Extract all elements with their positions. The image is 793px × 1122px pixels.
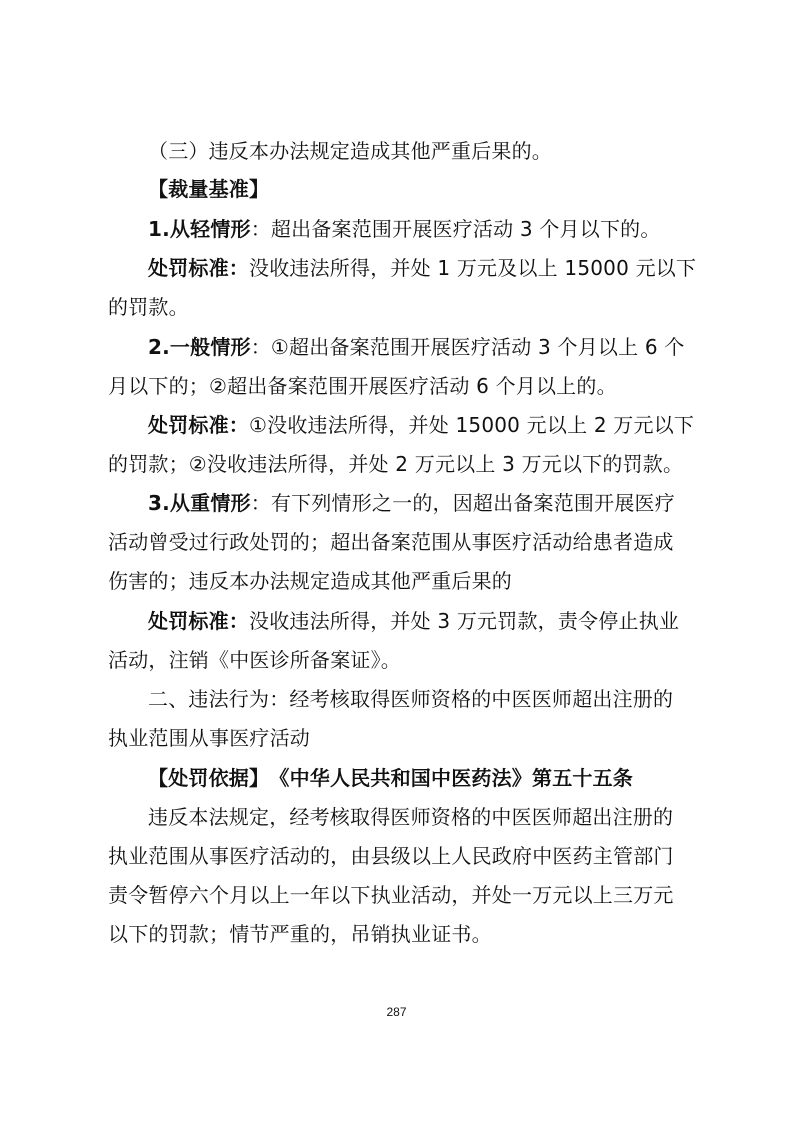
paragraph-line: 责令暂停六个月以上一年以下执业活动，并处一万元以上三万元	[108, 883, 674, 907]
paragraph-line: 的罚款。	[108, 295, 189, 319]
paragraph-line: 活动曾受过行政处罚的；超出备案范围从事医疗活动给患者造成	[108, 530, 674, 554]
paragraph-line: 2.一般情形：①超出备案范围开展医疗活动 3 个月以上 6 个	[148, 335, 685, 359]
page-number: 287	[0, 1005, 793, 1019]
paragraph-line: 执业范围从事医疗活动	[108, 726, 310, 750]
paragraph-line: 执业范围从事医疗活动的，由县级以上人民政府中医药主管部门	[108, 844, 674, 868]
paragraph-line: 月以下的；②超出备案范围开展医疗活动 6 个月以上的。	[108, 374, 617, 398]
paragraph-line: 的罚款；②没收违法所得，并处 2 万元以上 3 万元以下的罚款。	[108, 452, 683, 476]
paragraph-line: （三）违反本办法规定造成其他严重后果的。	[148, 139, 552, 163]
paragraph-line: 3.从重情形：有下列情形之一的，因超出备案范围开展医疗	[148, 491, 675, 515]
paragraph-line: 伤害的；违反本办法规定造成其他严重后果的	[108, 569, 512, 593]
paragraph-line: 违反本法规定，经考核取得医师资格的中医医师超出注册的	[148, 805, 673, 829]
paragraph-line: 1.从轻情形：超出备案范围开展医疗活动 3 个月以下的。	[148, 217, 661, 241]
legal-basis-heading: 【处罚依据】 《中华人民共和国中医药法》第五十五条	[148, 766, 633, 790]
paragraph-line: 以下的罚款；情节严重的，吊销执业证书。	[108, 922, 492, 946]
paragraph-line: 处罚标准：没收违法所得，并处 1 万元及以上 15000 元以下	[148, 256, 696, 280]
paragraph-line: 处罚标准：①没收违法所得，并处 15000 元以上 2 万元以下	[148, 413, 694, 437]
paragraph-line: 处罚标准：没收违法所得，并处 3 万元罚款，责令停止执业	[148, 609, 679, 633]
section-heading: 【裁量基准】	[148, 177, 269, 201]
paragraph-line: 二、违法行为：经考核取得医师资格的中医医师超出注册的	[148, 687, 673, 711]
paragraph-line: 活动，注销《中医诊所备案证》。	[108, 648, 401, 672]
